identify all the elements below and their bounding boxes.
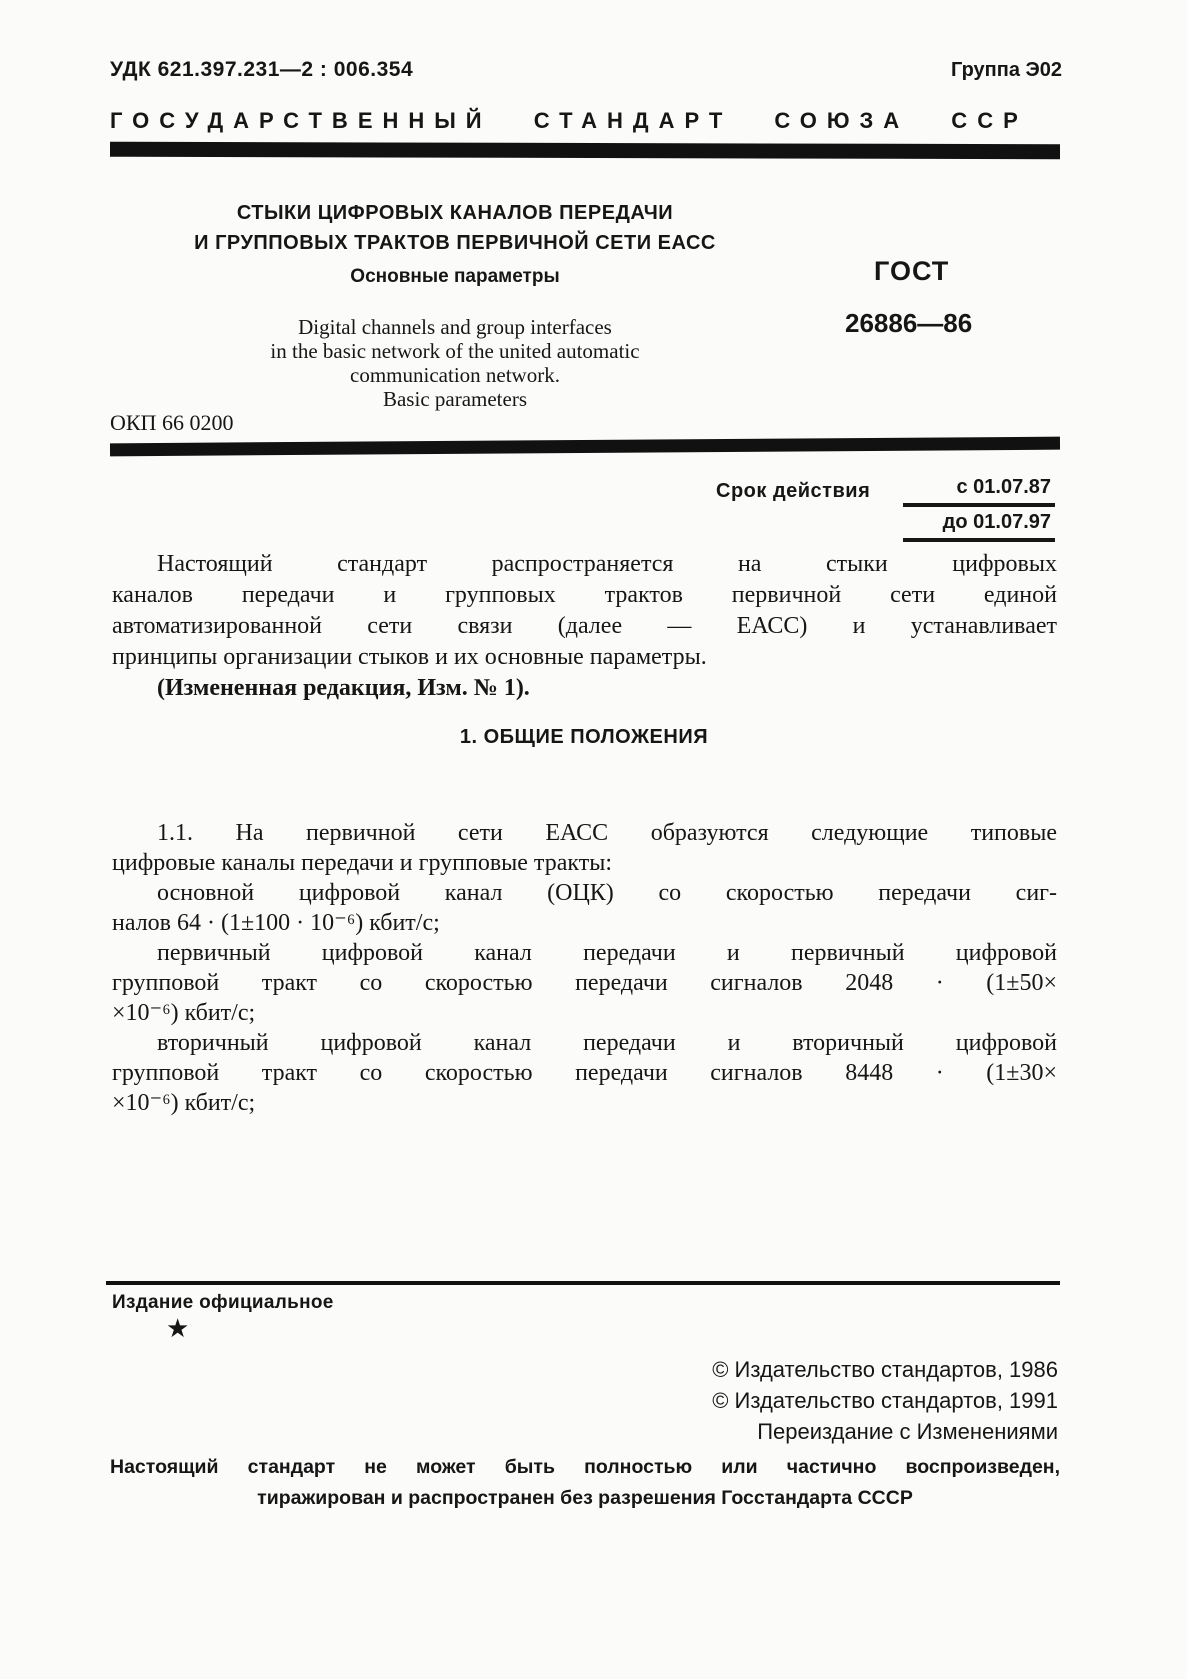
- divider-bar-top: [110, 142, 1060, 159]
- section-line-4: налов 64 · (1±100 · 10⁻⁶) кбит/с;: [112, 908, 1057, 938]
- section-line-5: первичный цифровой канал передачи и перв…: [112, 938, 1057, 968]
- section-line-1: 1.1. На первичной сети ЕАСС образуются с…: [112, 818, 1057, 848]
- official-edition-label: Издание официальное: [112, 1292, 334, 1314]
- title-english-line1: Digital channels and group interfaces: [110, 315, 800, 339]
- subtitle-russian: Основные параметры: [110, 266, 800, 288]
- title-english-line3: communication network.: [110, 363, 800, 387]
- section-line-3: основной цифровой канал (ОЦК) со скорост…: [112, 878, 1057, 908]
- validity-label: Срок действия: [716, 480, 870, 503]
- validity-block: Срок действия с 01.07.87 до 01.07.97: [110, 476, 1058, 556]
- intro-line-3: автоматизированной сети связи (далее — Е…: [112, 611, 1057, 642]
- restriction-notice: Настоящий стандарт не может быть полност…: [110, 1452, 1060, 1514]
- okp-code: ОКП 66 0200: [110, 410, 233, 436]
- intro-line-4: принципы организации стыков и их основны…: [112, 642, 1057, 673]
- section-line-6: групповой тракт со скоростью передачи си…: [112, 968, 1057, 998]
- section-1-1-paragraph: 1.1. На первичной сети ЕАСС образуются с…: [112, 818, 1057, 1118]
- validity-date-to: до 01.07.97: [903, 511, 1055, 542]
- section-line-7: ×10⁻⁶) кбит/с;: [112, 998, 1057, 1028]
- section-1-heading: 1. ОБЩИЕ ПОЛОЖЕНИЯ: [110, 726, 1058, 749]
- gost-label: ГОСТ: [874, 256, 949, 287]
- document-page: УДК 621.397.231—2 : 006.354 Группа Э02 Г…: [0, 0, 1187, 1679]
- title-english-line4: Basic parameters: [110, 387, 800, 411]
- footer-rule: [106, 1281, 1060, 1285]
- section-line-10: ×10⁻⁶) кбит/с;: [112, 1088, 1057, 1118]
- section-line-8: вторичный цифровой канал передачи и втор…: [112, 1028, 1057, 1058]
- restriction-line-2: тиражирован и распространен без разрешен…: [110, 1483, 1060, 1514]
- divider-bar-middle: [110, 437, 1060, 457]
- copyright-1986: © Издательство стандартов, 1986: [110, 1354, 1058, 1385]
- section-line-2: цифровые каналы передачи и групповые тра…: [112, 848, 1057, 878]
- udk-number: УДК 621.397.231—2 : 006.354: [110, 58, 413, 82]
- validity-dates: с 01.07.87 до 01.07.97: [903, 476, 1055, 546]
- header-row: УДК 621.397.231—2 : 006.354 Группа Э02: [110, 58, 1062, 82]
- title-russian: СТЫКИ ЦИФРОВЫХ КАНАЛОВ ПЕРЕДАЧИ И ГРУППО…: [110, 198, 800, 258]
- gost-number: 26886—86: [845, 308, 972, 339]
- validity-date-from: с 01.07.87: [903, 476, 1055, 507]
- intro-line-1: Настоящий стандарт распространяется на с…: [112, 549, 1057, 580]
- standard-type-title: ГОСУДАРСТВЕННЫЙ СТАНДАРТ СОЮЗА ССР: [110, 108, 1062, 134]
- title-english-line2: in the basic network of the united autom…: [110, 339, 800, 363]
- copyright-block: © Издательство стандартов, 1986 © Издате…: [110, 1354, 1058, 1447]
- title-english: Digital channels and group interfaces in…: [110, 315, 800, 411]
- restriction-line-1: Настоящий стандарт не может быть полност…: [110, 1452, 1060, 1483]
- amendment-note: (Измененная редакция, Изм. № 1).: [112, 673, 1057, 704]
- copyright-1991: © Издательство стандартов, 1991: [110, 1385, 1058, 1416]
- intro-paragraph: Настоящий стандарт распространяется на с…: [112, 549, 1057, 704]
- title-russian-line1: СТЫКИ ЦИФРОВЫХ КАНАЛОВ ПЕРЕДАЧИ: [110, 198, 800, 228]
- intro-line-2: каналов передачи и групповых трактов пер…: [112, 580, 1057, 611]
- reissue-note: Переиздание с Изменениями: [110, 1416, 1058, 1447]
- group-code: Группа Э02: [951, 59, 1062, 82]
- section-line-9: групповой тракт со скоростью передачи си…: [112, 1058, 1057, 1088]
- title-russian-line2: И ГРУППОВЫХ ТРАКТОВ ПЕРВИЧНОЙ СЕТИ ЕАСС: [110, 228, 800, 258]
- star-icon: ★: [166, 1314, 189, 1344]
